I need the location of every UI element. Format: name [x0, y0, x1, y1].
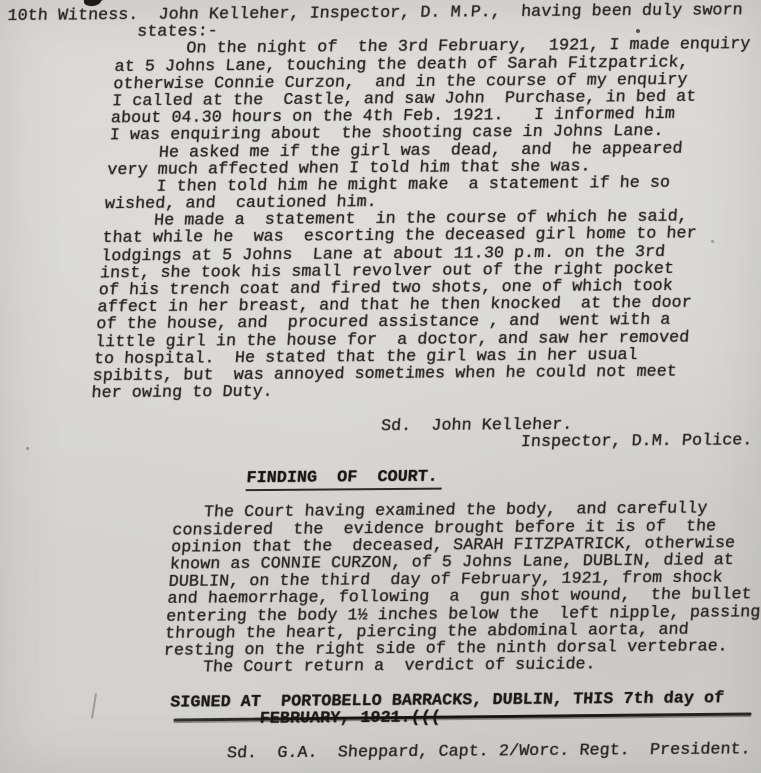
paper-speck [26, 447, 29, 450]
doc-line: Sd. G.A. Sheppard, Capt. 2/Worc. Regt. P… [0, 741, 751, 764]
paper-speck [711, 240, 714, 243]
heading-underlined-text: FINDING OF COURT. [246, 468, 444, 492]
scanned-document-page: 10th Witness. John Kelleher, Inspector, … [0, 0, 761, 773]
stray-ink-dot [636, 29, 640, 33]
document-text: 10th Witness. John Kelleher, Inspector, … [0, 2, 761, 765]
typewritten-text-layer: 10th Witness. John Kelleher, Inspector, … [0, 1, 761, 769]
